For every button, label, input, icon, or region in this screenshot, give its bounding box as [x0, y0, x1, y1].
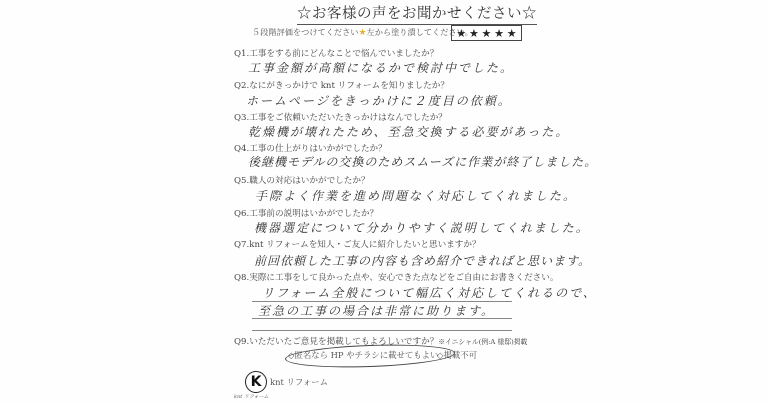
- rating-instruction-before: ５段階評価をつけてください: [252, 27, 358, 37]
- question-8-answer-line-1: リフォーム全般について幅広く対応してくれるので、: [262, 284, 597, 301]
- company-logo-icon: K: [245, 371, 267, 393]
- option-publish-anonymous[interactable]: ◇匿名なら HP やチラシに載せてもよい: [288, 349, 438, 361]
- question-8-answer-line-2: 至急の工事の場合は非常に助ります。: [258, 302, 495, 319]
- answer-line-2: [252, 318, 512, 319]
- logo-caption: knt リフォーム: [234, 393, 269, 400]
- rating-star-3: ★: [482, 27, 492, 40]
- rating-star-2: ★: [469, 27, 479, 40]
- page-title: ☆お客様の声をお聞かせください☆: [297, 2, 537, 25]
- answer-line-3: [252, 330, 512, 331]
- question-3-answer: 乾燥機が壊れたため、至急交換する必要があった。: [248, 123, 569, 140]
- question-2-label: Q2.なにがきっかけで knt リフォームを知りましたか？: [234, 79, 449, 91]
- star-icon: ★: [358, 28, 366, 38]
- rating-star-5: ★: [507, 27, 517, 40]
- question-6-label: Q6.工事前の説明はいかがでしたか？: [234, 207, 378, 219]
- rating-stars: ★ ★ ★ ★ ★: [451, 25, 522, 41]
- question-6-answer: 機器選定について分かりやすく説明してくれました。: [254, 219, 590, 236]
- question-7-answer: 前回依頼した工事の内容も含め紹介できればと思います。: [254, 252, 591, 269]
- question-4-answer: 後継機モデルの交換のためスムーズに作業が終了しました。: [248, 153, 597, 170]
- question-5-label: Q5.職人の対応はいかがでしたか？: [234, 174, 370, 186]
- question-1-answer: 工事金額が高額になるかで検討中でした。: [248, 59, 514, 76]
- question-5-answer: 手際よく作業を進め問題なく対応してくれました。: [255, 187, 577, 204]
- question-3-label: Q3.工事をご依頼いただいたきっかけはなんでしたか？: [234, 111, 447, 123]
- rating-instruction: ５段階評価をつけてください★左から塗り潰してください。: [252, 27, 473, 38]
- company-name: knt リフォーム: [270, 376, 328, 388]
- question-8-label: Q8.実際に工事をして良かった点や、安心できた点などをご自由にお書きください。: [234, 271, 558, 283]
- rating-star-1: ★: [456, 27, 466, 40]
- option-no-publish[interactable]: ◇掲載不可: [437, 349, 477, 361]
- question-7-label: Q7.knt リフォームを知人・ご友人に紹介したいと思いますか？: [234, 238, 481, 250]
- question-9-note: ※イニシャル(例:A 様邸)掲載: [438, 338, 527, 346]
- question-2-answer: ホームページをきっかけに２度目の依頼。: [246, 92, 512, 109]
- survey-sheet: ☆お客様の声をお聞かせください☆ ５段階評価をつけてください★左から塗り潰してく…: [0, 0, 768, 403]
- question-1-label: Q1.工事をする前にどんなことで悩んでいましたか？: [234, 47, 438, 59]
- rating-star-4: ★: [494, 27, 504, 40]
